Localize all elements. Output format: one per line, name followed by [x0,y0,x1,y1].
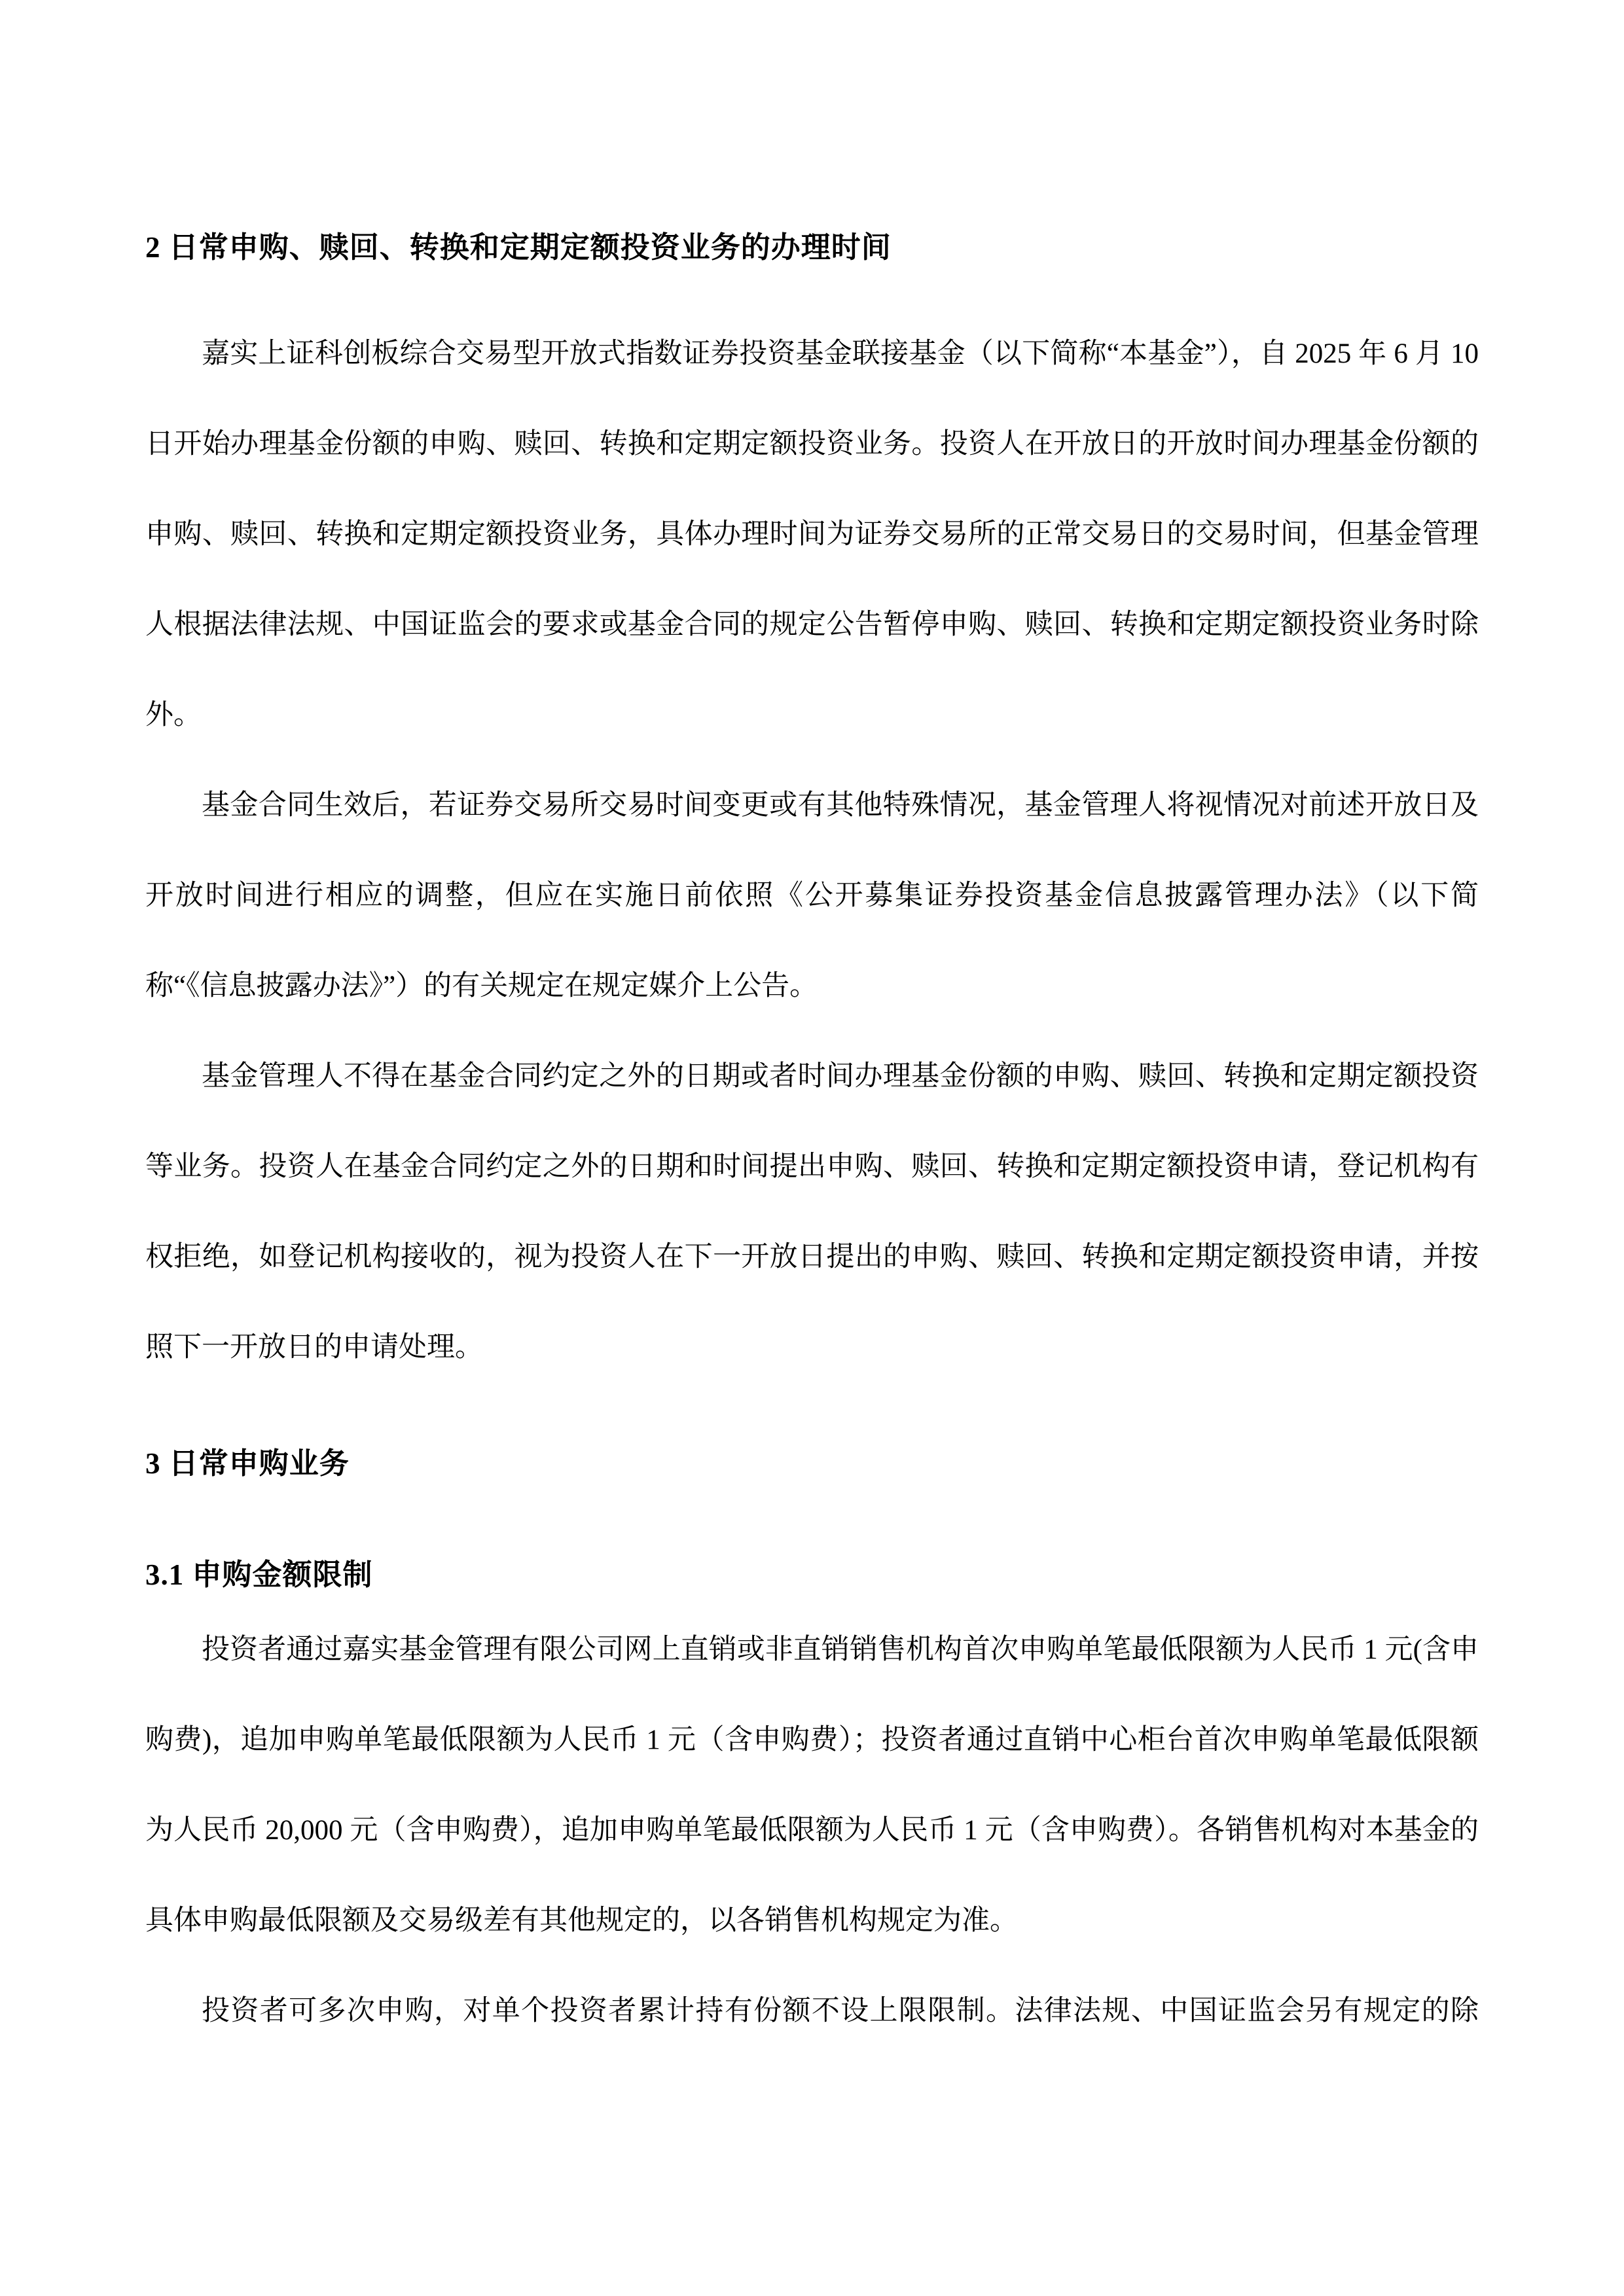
section-2-heading: 2 日常申购、赎回、转换和定期定额投资业务的办理时间 [145,230,1479,264]
document-page: 2 日常申购、赎回、转换和定期定额投资业务的办理时间 嘉实上证科创板综合交易型开… [0,0,1624,2296]
section-2-paragraph-2: 基金合同生效后，若证券交易所交易时间变更或有其他特殊情况，基金管理人将视情况对前… [145,761,1479,1031]
section-3-1-heading: 3.1 申购金额限制 [145,1558,1479,1592]
section-3-1-paragraph-2: 投资者可多次申购，对单个投资者累计持有份额不设上限限制。法律法规、中国证监会另有… [145,1966,1479,2056]
section-2-paragraph-3: 基金管理人不得在基金合同约定之外的日期或者时间办理基金份额的申购、赎回、转换和定… [145,1031,1479,1393]
section-3-1-paragraph-1: 投资者通过嘉实基金管理有限公司网上直销或非直销销售机构首次申购单笔最低限额为人民… [145,1605,1479,1966]
section-2-paragraph-1: 嘉实上证科创板综合交易型开放式指数证券投资基金联接基金（以下简称“本基金”），自… [145,309,1479,761]
section-3-heading: 3 日常申购业务 [145,1446,1479,1480]
